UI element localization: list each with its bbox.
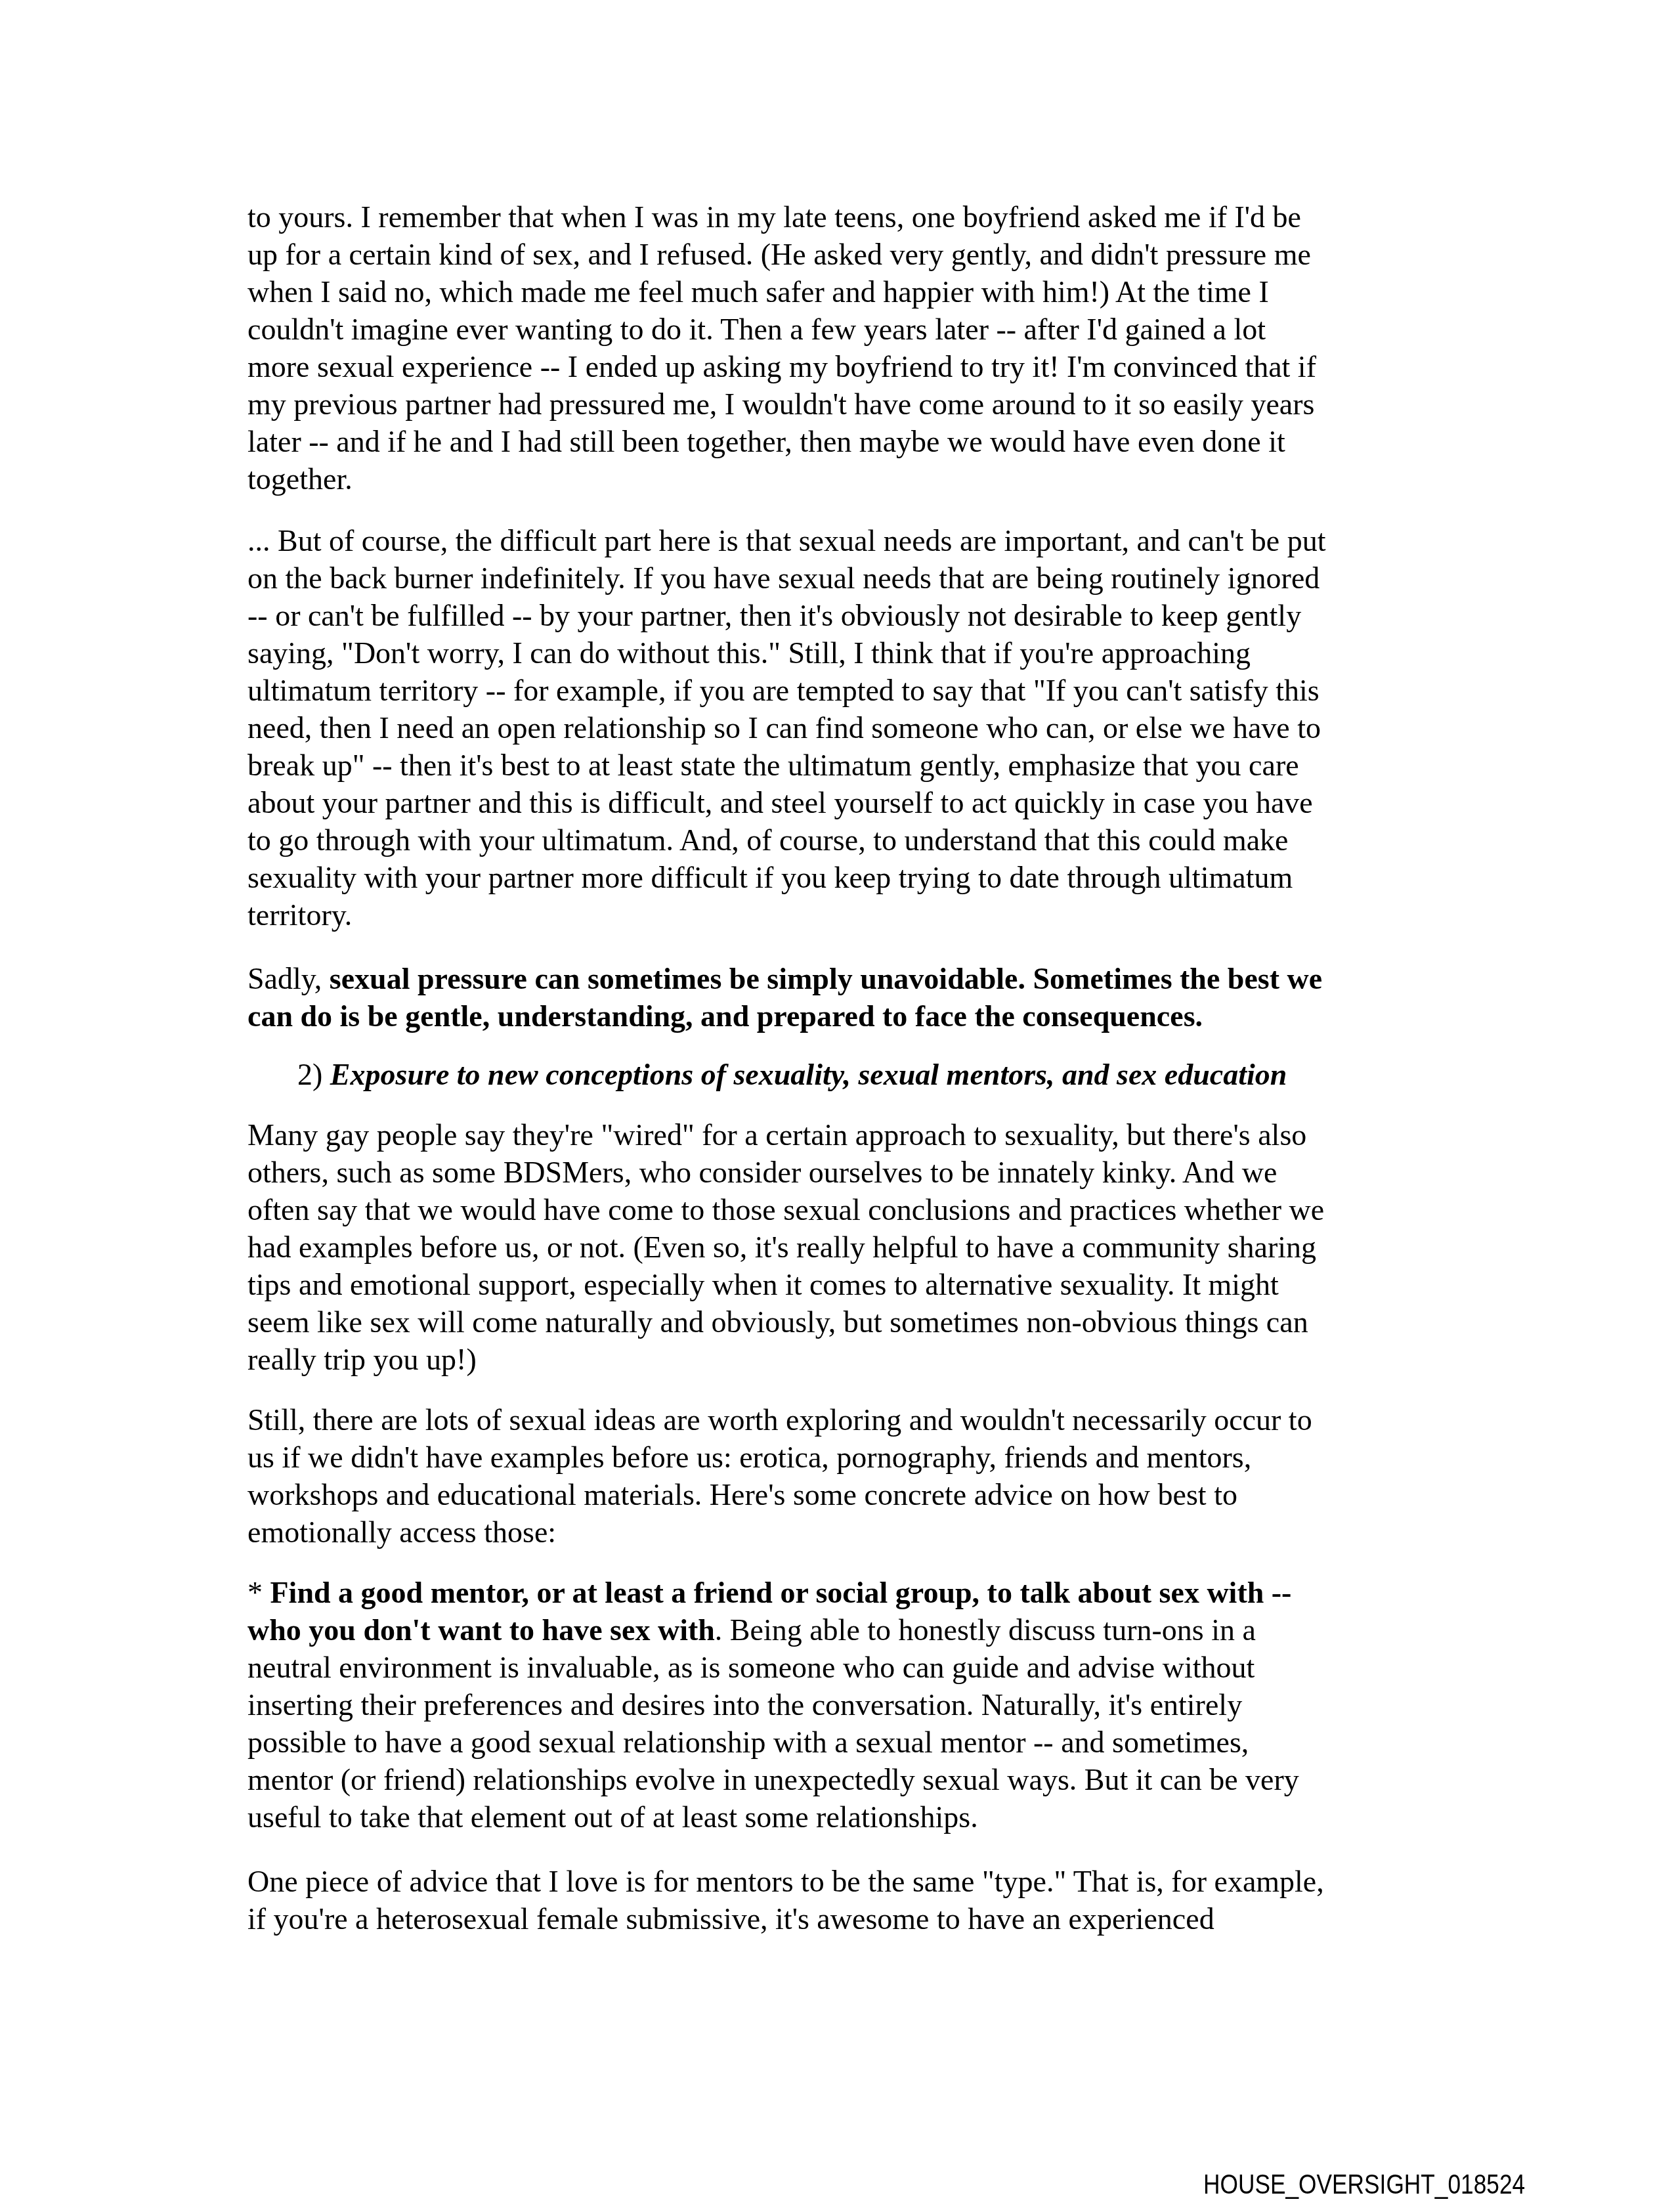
bates-stamp: HOUSE_OVERSIGHT_018524 bbox=[1203, 2169, 1525, 2200]
text-line: when I said no, which made me feel much … bbox=[247, 273, 1442, 311]
text-line: emotionally access those: bbox=[247, 1513, 1442, 1551]
text-line: ... But of course, the difficult part he… bbox=[247, 522, 1442, 559]
text-line: useful to take that element out of at le… bbox=[247, 1798, 1442, 1836]
section-heading-2: 2) Exposure to new conceptions of sexual… bbox=[297, 1056, 1492, 1093]
text-line: really trip you up!) bbox=[247, 1341, 1442, 1378]
text-line: often say that we would have come to tho… bbox=[247, 1191, 1442, 1228]
text-line: possible to have a good sexual relations… bbox=[247, 1724, 1442, 1761]
text-line: to yours. I remember that when I was in … bbox=[247, 198, 1442, 236]
paragraph-7: One piece of advice that I love is for m… bbox=[247, 1863, 1442, 1938]
text-line: who you don't want to have sex with. Bei… bbox=[247, 1611, 1442, 1649]
paragraph-6-bullet: * Find a good mentor, or at least a frie… bbox=[247, 1574, 1442, 1836]
text-line: up for a certain kind of sex, and I refu… bbox=[247, 236, 1442, 273]
text-line: Sadly, sexual pressure can sometimes be … bbox=[247, 960, 1442, 997]
text-line: had examples before us, or not. (Even so… bbox=[247, 1228, 1442, 1266]
text-line: * Find a good mentor, or at least a frie… bbox=[247, 1574, 1442, 1611]
heading-title: Exposure to new conceptions of sexuality… bbox=[330, 1058, 1287, 1091]
bold-text: sexual pressure can sometimes be simply … bbox=[330, 962, 1322, 995]
bold-text-line: can do is be gentle, understanding, and … bbox=[247, 997, 1442, 1035]
heading-line: 2) Exposure to new conceptions of sexual… bbox=[297, 1056, 1492, 1093]
text-line: us if we didn't have examples before us:… bbox=[247, 1439, 1442, 1476]
paragraph-3-emphasis: Sadly, sexual pressure can sometimes be … bbox=[247, 960, 1442, 1035]
text-line: if you're a heterosexual female submissi… bbox=[247, 1900, 1442, 1938]
text-line: others, such as some BDSMers, who consid… bbox=[247, 1154, 1442, 1191]
text-line: ultimatum territory -- for example, if y… bbox=[247, 672, 1442, 709]
text-line: need, then I need an open relationship s… bbox=[247, 709, 1442, 747]
text-line: my previous partner had pressured me, I … bbox=[247, 385, 1442, 423]
text-line: workshops and educational materials. Her… bbox=[247, 1476, 1442, 1513]
text-line: later -- and if he and I had still been … bbox=[247, 423, 1442, 460]
text-line: Many gay people say they're "wired" for … bbox=[247, 1116, 1442, 1154]
text-line: -- or can't be fulfilled -- by your part… bbox=[247, 597, 1442, 634]
text-line: tips and emotional support, especially w… bbox=[247, 1266, 1442, 1303]
regular-text: Sadly, bbox=[247, 962, 330, 995]
text-line: seem like sex will come naturally and ob… bbox=[247, 1303, 1442, 1341]
bold-text: Find a good mentor, or at least a friend… bbox=[270, 1576, 1292, 1609]
text-line: neutral environment is invaluable, as is… bbox=[247, 1649, 1442, 1686]
text-line: about your partner and this is difficult… bbox=[247, 784, 1442, 821]
text-line: together. bbox=[247, 460, 1442, 498]
text-line: more sexual experience -- I ended up ask… bbox=[247, 348, 1442, 385]
text-line: to go through with your ultimatum. And, … bbox=[247, 821, 1442, 859]
paragraph-1: to yours. I remember that when I was in … bbox=[247, 198, 1442, 498]
text-line: sexuality with your partner more difficu… bbox=[247, 859, 1442, 896]
text-line: on the back burner indefinitely. If you … bbox=[247, 559, 1442, 597]
heading-number: 2) bbox=[297, 1058, 330, 1091]
text-line: break up" -- then it's best to at least … bbox=[247, 747, 1442, 784]
paragraph-5: Still, there are lots of sexual ideas ar… bbox=[247, 1401, 1442, 1551]
bullet-marker: * bbox=[247, 1576, 270, 1609]
document-page: to yours. I remember that when I was in … bbox=[0, 0, 1674, 2212]
paragraph-4: Many gay people say they're "wired" for … bbox=[247, 1116, 1442, 1378]
text-line: couldn't imagine ever wanting to do it. … bbox=[247, 311, 1442, 348]
text-line: One piece of advice that I love is for m… bbox=[247, 1863, 1442, 1900]
paragraph-2: ... But of course, the difficult part he… bbox=[247, 522, 1442, 934]
regular-text: . Being able to honestly discuss turn-on… bbox=[715, 1613, 1256, 1647]
bold-text: who you don't want to have sex with bbox=[247, 1613, 715, 1647]
text-line: mentor (or friend) relationships evolve … bbox=[247, 1761, 1442, 1798]
text-line: saying, "Don't worry, I can do without t… bbox=[247, 634, 1442, 672]
text-line: Still, there are lots of sexual ideas ar… bbox=[247, 1401, 1442, 1439]
text-line: territory. bbox=[247, 896, 1442, 934]
text-line: inserting their preferences and desires … bbox=[247, 1686, 1442, 1724]
